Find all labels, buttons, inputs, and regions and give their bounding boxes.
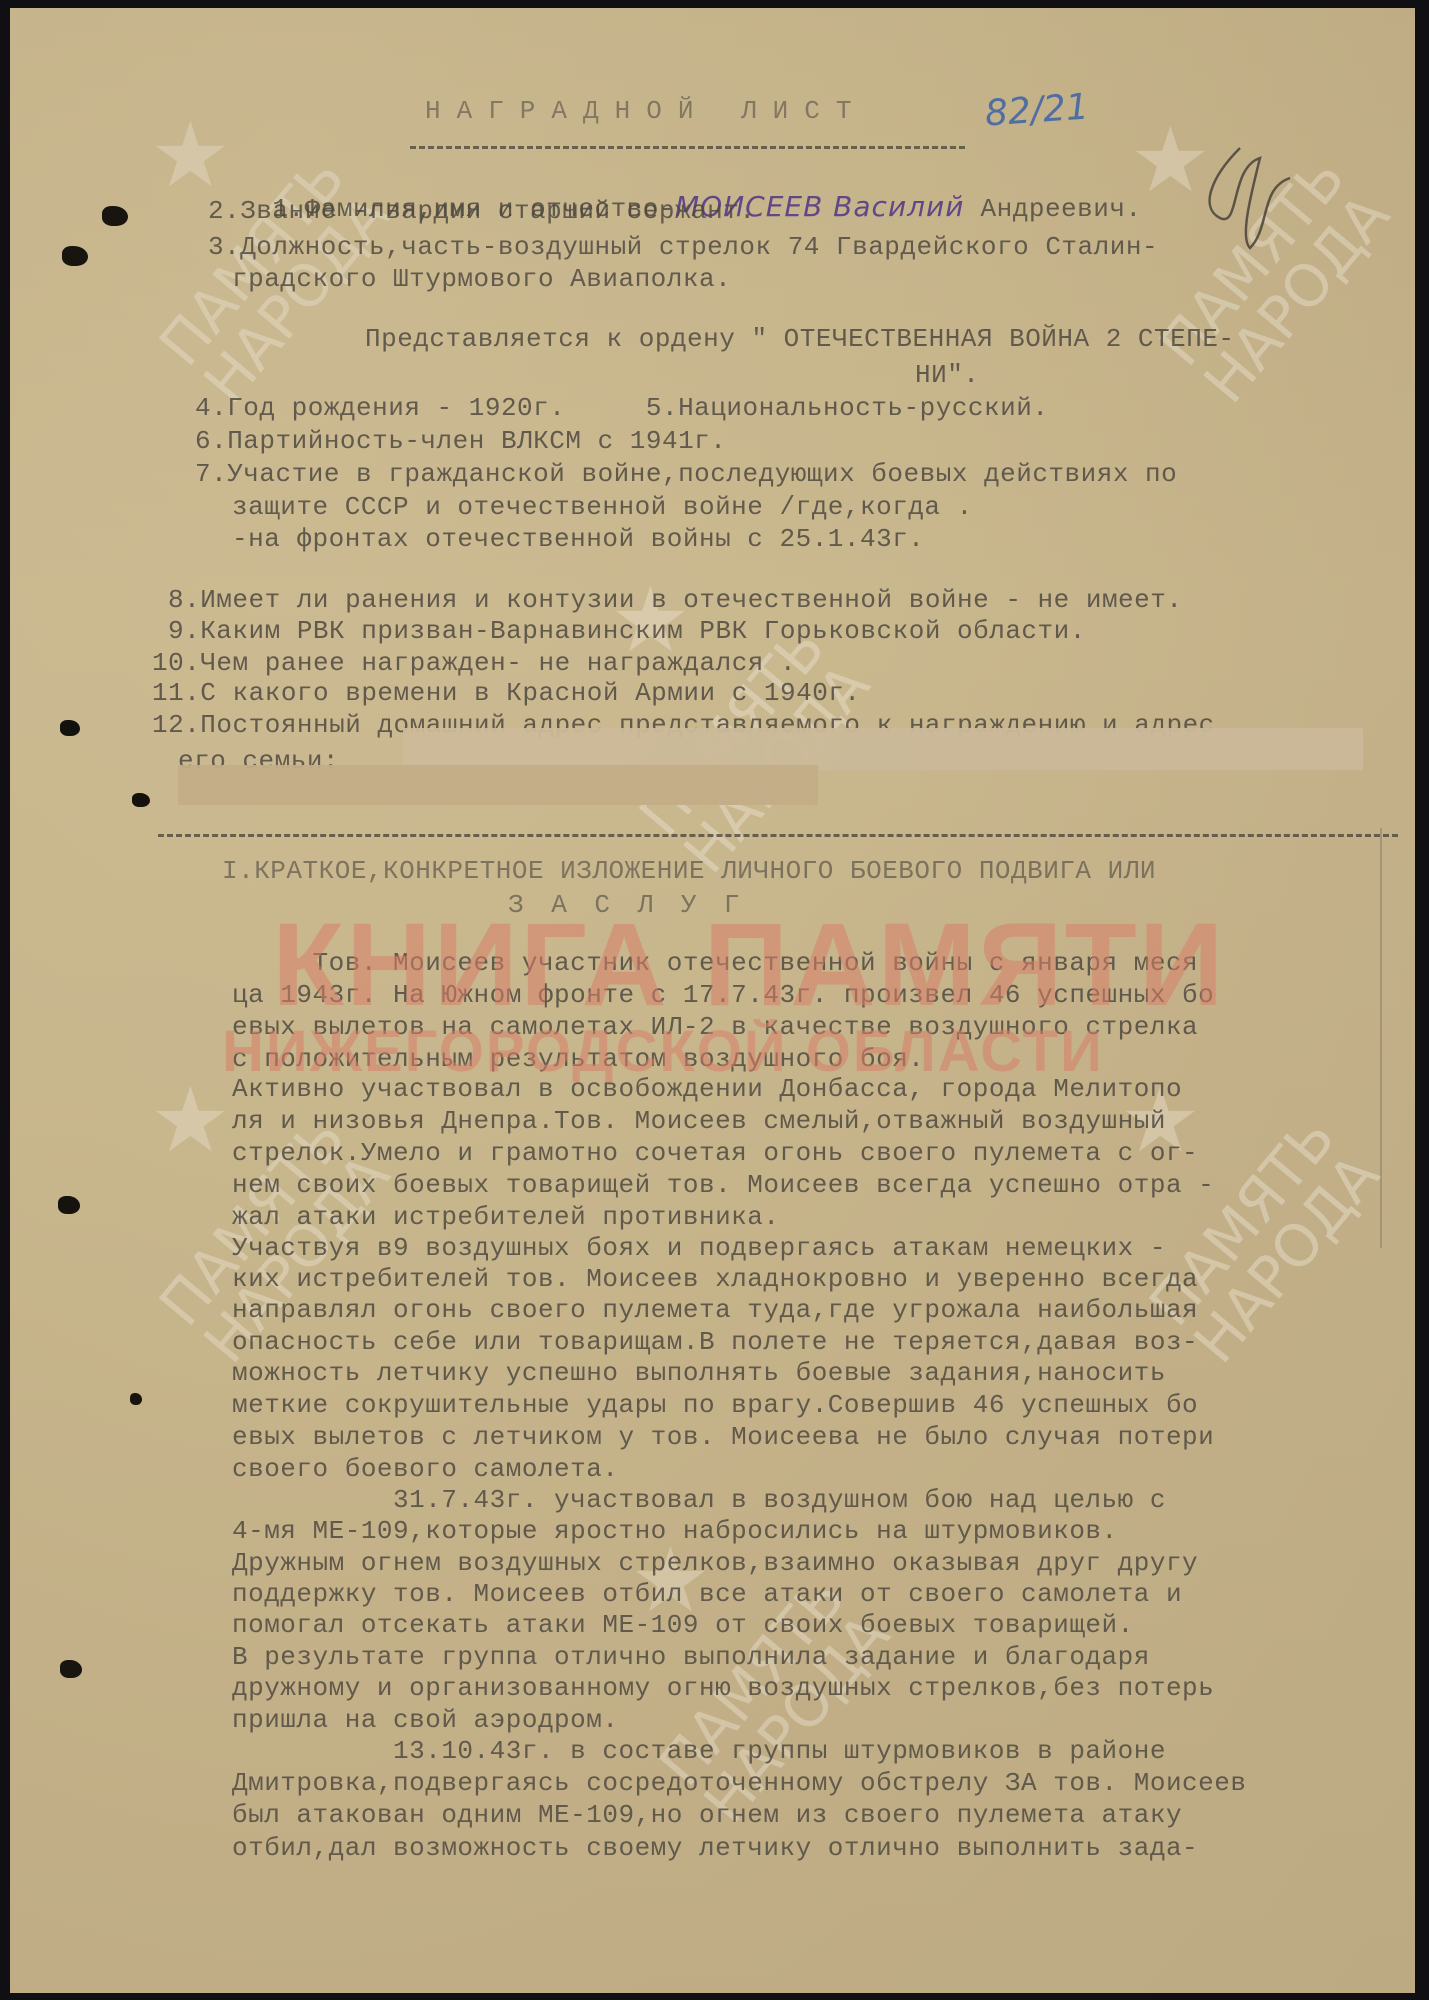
item-7-line-1: 7.Участие в гражданской войне,последующи… [195,459,1177,489]
narrative-line: 4-мя МЕ-109,которые яростно набросились … [232,1516,1118,1546]
narrative-line: направлял огонь своего пулемета туда,где… [232,1295,1198,1325]
item-3-line-1: 3.Должность,часть-воздушный стрелок 74 Г… [208,232,1158,262]
narrative-line: меткие сокрушительные удары по врагу.Сов… [232,1390,1198,1420]
narrative-line: можность летчику успешно выполнять боевы… [232,1358,1166,1388]
region-watermark: НИЖЕГОРОДСКОЙ ОБЛАСТИ [222,1023,1104,1081]
award-sheet-document: ★ ПАМЯТЬ НАРОДА ★ ПАМЯТЬ НАРОДА ★ ПАМЯТЬ… [10,8,1415,1993]
narrative-line: дружному и организованному огню воздушны… [232,1673,1214,1703]
item-10: 10.Чем ранее награжден- не награждался . [152,648,796,678]
star-watermark-icon: ★ [150,1068,231,1173]
margin-line [1380,828,1382,1248]
narrative-line: 13.10.43г. в составе группы штурмовиков … [232,1736,1166,1766]
section-separator [158,834,1398,837]
punch-hole [132,793,150,807]
narrative-line: нем своих боевых товарищей тов. Моисеев … [232,1170,1214,1200]
item-6: 6.Партийность-член ВЛКСМ с 1941г. [195,426,726,456]
punch-hole [58,1196,80,1214]
item-7-line-3: -на фронтах отечественной войны с 25.1.4… [232,524,924,554]
narrative-line: своего боевого самолета. [232,1454,618,1484]
narrative-line: стрелок.Умело и грамотно сочетая огонь с… [232,1138,1198,1168]
document-title: НАГРАДНОЙ ЛИСТ [425,96,867,126]
item-8: 8.Имеет ли ранения и контузии в отечеств… [168,585,1182,615]
redacted-address [178,765,818,805]
narrative-line: поддержку тов. Моисеев отбил все атаки о… [232,1579,1182,1609]
punch-hole [130,1393,142,1405]
narrative-line: Дружным огнем воздушных стрелков,взаимно… [232,1548,1198,1578]
item-9: 9.Каким РВК призван-Варнавинским РВК Гор… [168,616,1086,646]
award-line-1: Представляется к ордену " ОТЕЧЕСТВЕННАЯ … [365,324,1235,354]
narrative-line: жал атаки истребителей противника. [232,1202,780,1232]
item-3-line-2: градского Штурмового Авиаполка. [232,264,731,294]
narrative-line: В результате группа отлично выполнила за… [232,1642,1150,1672]
narrative-line: ля и низовья Днепра.Тов. Моисеев смелый,… [232,1106,1166,1136]
narrative-line: опасность себе или товарищам.В полете не… [232,1327,1198,1357]
narrative-line: Дмитровка,подвергаясь сосредоточенному о… [232,1768,1246,1798]
punch-hole [102,206,128,226]
item-2: 2.Звание -гвардии старший сержант. [208,196,756,226]
title-underline [410,146,965,149]
redacted-address [403,728,1363,770]
narrative-line: Участвуя в9 воздушных боях и подвергаясь… [232,1233,1166,1263]
narrative-line: был атакован одним МЕ-109,но огнем из св… [232,1800,1182,1830]
book-of-memory-watermark: КНИГА ПАМЯТИ [272,906,1226,1024]
punch-hole [62,246,88,266]
section-heading: I.КРАТКОЕ,КОНКРЕТНОЕ ИЗЛОЖЕНИЕ ЛИЧНОГО Б… [222,856,1156,886]
punch-hole [60,1660,82,1678]
item-7-line-2: защите СССР и отечественной войне /где,к… [232,492,973,522]
signature-mark [1190,138,1300,258]
narrative-line: пришла на свой аэродром. [232,1705,618,1735]
award-line-2: НИ". [915,360,979,390]
registration-number: 82/21 [984,86,1090,134]
narrative-line: ких истребителей тов. Моисеев хладнокров… [232,1264,1198,1294]
narrative-line: 31.7.43г. участвовал в воздушном бою над… [232,1485,1166,1515]
narrative-line: помогал отсекать атаки МЕ-109 от своих б… [232,1610,1134,1640]
item-11: 11.С какого времени в Красной Армии с 19… [152,678,861,708]
narrative-line: отбил,дал возможность своему летчику отл… [232,1833,1198,1863]
narrative-line: евых вылетов с летчиком у тов. Моисеева … [232,1422,1214,1452]
item-1-patronymic: Андреевич. [964,194,1141,224]
punch-hole [60,720,80,736]
item-4-5: 4.Год рождения - 1920г. 5.Национальность… [195,393,1048,423]
